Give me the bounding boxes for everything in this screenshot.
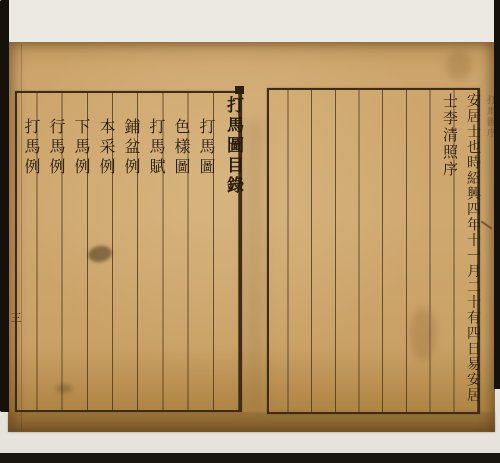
toc-entry: 鋪盆例 — [114, 118, 139, 208]
preface-text-column: 士李清照序 — [433, 93, 457, 203]
toc-entry: 色樣圖 — [164, 118, 189, 208]
toc-entry: 打馬例 — [14, 118, 39, 208]
toc-entry: 打馬賦 — [139, 118, 164, 208]
center-fold-shadow — [244, 120, 264, 410]
toc-entry: 行馬例 — [39, 118, 64, 208]
toc-entry: 打馬圖 — [189, 118, 214, 208]
book-cover-right-edge — [494, 0, 500, 389]
bottom-margin-shade — [8, 412, 495, 432]
toc-title: 打馬圖目錄 — [215, 96, 241, 216]
folio-number: 三 — [7, 312, 21, 338]
toc-entry: 下馬例 — [64, 118, 89, 208]
preface-text-column: 安居士也時紹興四年十一月二十有四日易安居 — [456, 93, 480, 413]
paper-stain — [410, 308, 436, 360]
book-scan-photo: 打馬圖目錄 打馬圖 色樣圖 打馬賦 鋪盆例 本采例 下馬例 行馬例 打馬例 三 … — [0, 0, 500, 463]
book-cover-bottom-edge — [0, 453, 500, 463]
ink-smudge — [56, 384, 72, 393]
spine-title-label: 打馬圖序 — [481, 95, 494, 185]
frame-corner-mark — [235, 86, 244, 94]
paper-stain — [446, 50, 472, 80]
toc-entry: 本采例 — [89, 118, 114, 208]
book-cover-left-edge — [0, 0, 9, 412]
